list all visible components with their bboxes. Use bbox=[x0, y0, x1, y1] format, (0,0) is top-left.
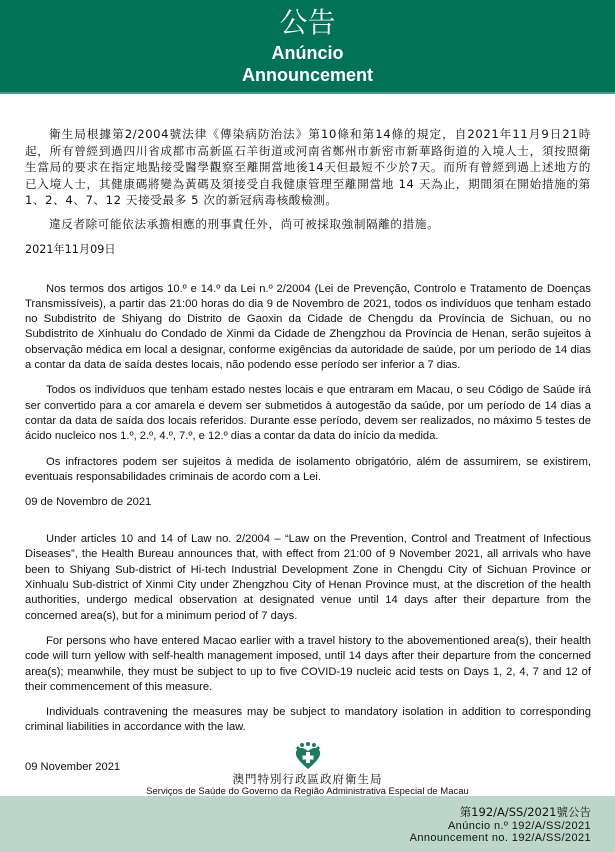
english-paragraph-3: Individuals contravening the measures ma… bbox=[25, 705, 591, 736]
reference-english: Announcement no. 192/A/SS/2021 bbox=[410, 832, 591, 845]
portuguese-section: Nos termos dos artigos 10.º e 14.º da Le… bbox=[25, 282, 591, 511]
reference-chinese: 第192/A/SS/2021號公告 bbox=[460, 805, 591, 820]
portuguese-paragraph-1: Nos termos dos artigos 10.º e 14.º da Le… bbox=[25, 282, 591, 374]
portuguese-paragraph-2: Todos os indivíduos que tenham estado ne… bbox=[25, 383, 591, 444]
english-paragraph-1: Under articles 10 and 14 of Law no. 2/20… bbox=[25, 532, 591, 624]
english-section: Under articles 10 and 14 of Law no. 2/20… bbox=[25, 532, 591, 775]
chinese-paragraph-1: 衛生局根據第2/2004號法律《傳染病防治法》第10條和第14條的規定，自202… bbox=[25, 126, 591, 209]
health-heart-cross-icon bbox=[293, 742, 323, 770]
title-english: Announcement bbox=[0, 64, 615, 86]
chinese-section: 衛生局根據第2/2004號法律《傳染病防治法》第10條和第14條的規定，自202… bbox=[25, 126, 591, 257]
title-chinese: 公告 bbox=[0, 6, 615, 40]
portuguese-date: 09 de Novembro de 2021 bbox=[25, 495, 591, 510]
organization-name-chinese: 澳門特別行政區政府衛生局 bbox=[0, 772, 615, 786]
announcement-body: 衛生局根據第2/2004號法律《傳染病防治法》第10條和第14條的規定，自202… bbox=[25, 126, 591, 775]
announcement-header: 公告 Anúncio Announcement bbox=[0, 0, 615, 94]
chinese-date: 2021年11月09日 bbox=[25, 242, 591, 257]
health-bureau-signature: 澳門特別行政區政府衛生局 Serviços de Saúde do Govern… bbox=[0, 742, 615, 797]
chinese-paragraph-2: 違反者除可能依法承擔相應的刑事責任外，尚可被採取強制隔離的措施。 bbox=[25, 216, 591, 233]
title-portuguese: Anúncio bbox=[0, 42, 615, 64]
portuguese-paragraph-3: Os infractores podem ser sujeitos à medi… bbox=[25, 455, 591, 486]
english-paragraph-2: For persons who have entered Macao earli… bbox=[25, 634, 591, 695]
announcement-reference-footer: 第192/A/SS/2021號公告 Anúncio n.º 192/A/SS/2… bbox=[0, 796, 615, 852]
